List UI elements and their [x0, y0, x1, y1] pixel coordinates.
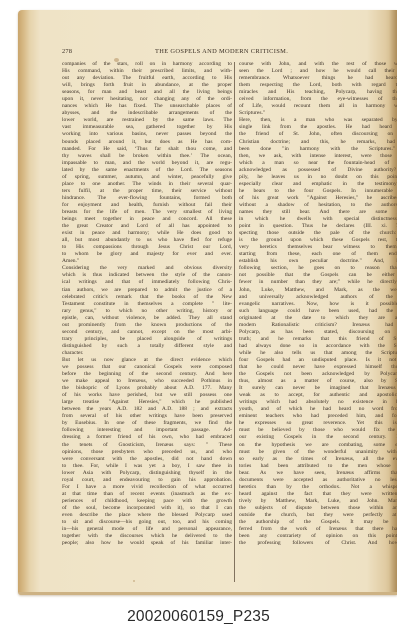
- text-line: so early as the times of Irenæus, all th…: [239, 456, 397, 463]
- text-line: that he could never have expressed himse…: [239, 364, 397, 371]
- text-line: It surely can never be imagined that Ire…: [239, 385, 397, 392]
- text-line: breasts for the life of men. The very sm…: [62, 209, 232, 216]
- text-line: thy waves shall be broken within thee.’ …: [62, 153, 232, 160]
- text-line: Here, then, is a man who was separated b…: [239, 117, 397, 124]
- text-line: which a man so near the fountain-head of…: [239, 160, 397, 167]
- text-line: originated at the date to which they are…: [239, 315, 397, 322]
- text-line: seasons, for man and beast and all the l…: [62, 89, 232, 96]
- text-line: the subjects of dispute between those wi…: [239, 505, 397, 512]
- text-line: epistle, can, without violence, be added…: [62, 315, 232, 322]
- text-line: exist in peace and harmony; while He doe…: [62, 230, 232, 237]
- paper-stain: [133, 580, 135, 582]
- text-line: been done "in harmony with the Scripture…: [239, 146, 397, 153]
- text-line: in which he dwells with special distinct…: [239, 216, 397, 223]
- text-line: But let us now glance at the direct evid…: [62, 357, 232, 364]
- text-line: the tenets of Gnosticism, Irenæus says: …: [62, 442, 232, 449]
- text-line: Polycarp, as has been stated, discoursin…: [239, 329, 397, 336]
- text-line: upon it, never hesitating, nor changing …: [62, 96, 232, 103]
- text-line: documents were accepted as authoritative…: [239, 477, 397, 484]
- text-line: miracles and His teaching, Polycarp, hav…: [239, 89, 397, 96]
- text-line: heard against the fact that they were wr…: [239, 491, 397, 498]
- left-text-column: companies of the stars, roll on in harmo…: [62, 61, 232, 547]
- text-line: Christian doctrine; and this, he remarks…: [239, 139, 397, 146]
- text-line: For I have a more vivid recollection of …: [62, 484, 232, 491]
- text-line: out prominently from the known productio…: [62, 322, 232, 329]
- text-line: dressing a former friend of his own, who…: [62, 434, 232, 441]
- text-line: large treatise "Against Heresies," which…: [62, 399, 232, 406]
- text-line: Amen.": [62, 258, 232, 265]
- text-line: them respecting the Lord, both with rega…: [239, 82, 397, 89]
- text-line: evangelic narratives. Now, how is it pos…: [239, 301, 397, 308]
- text-line: tively by Matthew, Mark, Luke, and John.…: [239, 498, 397, 505]
- text-line: of his works have perished, but we still…: [62, 392, 232, 399]
- page-number: 278: [62, 48, 72, 55]
- text-line: then, we ask, with intense interest, wer…: [239, 153, 397, 160]
- text-line: ters fulfil, at the proper time, their s…: [62, 188, 232, 195]
- text-line: from several of his other writings have …: [62, 413, 232, 420]
- text-line: tories had been attributed to the men wh…: [239, 463, 397, 470]
- text-line: to His compassions through Jesus Christ …: [62, 244, 232, 251]
- text-line: without a shadow of hesitation, to the a…: [239, 202, 397, 209]
- text-line: of Life, would recount them all in harmo…: [239, 103, 397, 110]
- text-line: nances which He has fixed. The unsearcha…: [62, 103, 232, 110]
- text-line: hindrance. The ever-flowing fountains, f…: [62, 195, 232, 202]
- text-line: following interesting and important pass…: [62, 427, 232, 434]
- text-line: by Eusebius. In one of these fragments, …: [62, 420, 232, 427]
- text-line: in—his general mode of life and personal…: [62, 526, 232, 533]
- page-gutter-shadow: [389, 10, 397, 595]
- text-line: of his great work "Against Heresies," he…: [239, 195, 397, 202]
- text-line: had always done so in accordance with th…: [239, 343, 397, 350]
- text-line: specting those outside the pale of the c…: [239, 230, 397, 237]
- text-line: writings which had absolutely no existen…: [239, 399, 397, 406]
- text-line: manded. For He said, ‘Thus far shalt tho…: [62, 146, 232, 153]
- text-line: to thee. For, while I was yet a boy, I s…: [62, 463, 232, 470]
- text-line: modern Rationalistic criticism? Irenæus …: [239, 322, 397, 329]
- running-head: 278 THE GOSPELS AND MODERN CRITICISM.: [62, 48, 397, 58]
- text-line: we make appeal to Irenæus, who succeeded…: [62, 378, 232, 385]
- text-line: establish his own peculiar doctrine." An…: [239, 258, 397, 265]
- text-line: His command, within their prescribed lim…: [62, 68, 232, 75]
- text-line: starting from these, each one of them en…: [239, 251, 397, 258]
- text-line: people; also how he would speak of his f…: [62, 540, 232, 547]
- text-line: tian authors, we are prepared to admit t…: [62, 287, 232, 294]
- text-line: vast immeasurable sea, gathered together…: [62, 124, 232, 131]
- text-line: lower world, are restrained by the same …: [62, 117, 232, 124]
- text-line: the professing followers of Christ. And …: [239, 540, 397, 547]
- text-line: and universally acknowledged authors of …: [239, 294, 397, 301]
- text-line: very heretics themselves bear witness to…: [239, 244, 397, 251]
- text-line: acknowledged as possessed of Divine auth…: [239, 167, 397, 174]
- text-line: such language could have been used, had …: [239, 308, 397, 315]
- text-line: opinions, those presbyters who preceded …: [62, 449, 232, 456]
- text-line: seen the Lord ; and how he would call th…: [239, 68, 397, 75]
- text-line: even describe the place where the blesse…: [62, 512, 232, 519]
- text-line: at that time than of recent events (inas…: [62, 491, 232, 498]
- text-line: the friend of St. John, often discoursin…: [239, 131, 397, 138]
- text-line: point in question. Thus he declares (III…: [239, 223, 397, 230]
- text-line: abysses, and the indescribable arrangeme…: [62, 110, 232, 117]
- text-line: lower Asia with Polycarp, distinguishing…: [62, 470, 232, 477]
- text-line: while he also tells us that among the Sc…: [239, 350, 397, 357]
- text-line: distinguished by such a totally differen…: [62, 343, 232, 350]
- text-line: companies of the stars, roll on in harmo…: [62, 61, 232, 68]
- text-line: bear. As we have seen, Irenæus affirms t…: [239, 470, 397, 477]
- text-line: Scriptures.": [239, 110, 397, 117]
- text-line: course with John, and with the rest of t…: [239, 61, 397, 68]
- text-line: especially clear and emphatic in the tes…: [239, 181, 397, 188]
- text-line: the bishopric of Lyons probably about A.…: [62, 385, 232, 392]
- text-line: eminent teachers who had preceded him, a…: [239, 413, 397, 420]
- text-line: of the soul, become incorporated with it…: [62, 505, 232, 512]
- text-line: is the ground upon which these Gospels r…: [239, 237, 397, 244]
- text-line: of spring, summer, autumn, and winter, p…: [62, 174, 232, 181]
- text-line: weak as to accept, for authentic and apo…: [239, 392, 397, 399]
- text-line: on the hypothesis we are combating, some…: [239, 442, 397, 449]
- text-line: bounds placed around it, but does as He …: [62, 139, 232, 146]
- text-line: John, Luke, Matthew, and Mark, as the we…: [239, 287, 397, 294]
- scanned-book-page: 278 THE GOSPELS AND MODERN CRITICISM. co…: [18, 10, 397, 595]
- text-line: ferred from the work of Irenæus that the…: [239, 526, 397, 533]
- text-line: celebrated critic's remark that the book…: [62, 294, 232, 301]
- column-divider: [234, 62, 235, 582]
- text-line: second century, and cannot, except on th…: [62, 329, 232, 336]
- text-line: working into various basins, never passe…: [62, 131, 232, 138]
- text-line: our existing Gospels in the second centu…: [239, 434, 397, 441]
- text-line: we possess that our canonical Gospels we…: [62, 364, 232, 371]
- text-line: trary principles, be placed alongside of…: [62, 336, 232, 343]
- text-line: truth; and he remarks that this friend o…: [239, 336, 397, 343]
- text-line: the authorship of the Gospels. It may be…: [239, 519, 397, 526]
- text-line: been any contrariety of opinion on this …: [239, 533, 397, 540]
- text-line: he bears to the four Gospels. In innumer…: [239, 188, 397, 195]
- text-line: the great Creator and Lord of all has ap…: [62, 223, 232, 230]
- text-line: fewer in number than they are;" while he…: [239, 279, 397, 286]
- text-line: names they still bear. And there are som…: [239, 209, 397, 216]
- text-line: impassable to man, and the world beyond …: [62, 160, 232, 167]
- text-line: before the beginning of the second centu…: [62, 371, 232, 378]
- image-caption: 20020060159_P235: [0, 608, 397, 626]
- text-line: for enjoyment and health, furnish withou…: [62, 202, 232, 209]
- text-line: together with the discourses which he de…: [62, 533, 232, 540]
- text-line: periences of childhood, keeping pace wit…: [62, 498, 232, 505]
- text-line: out any deviation. The fruitful earth, a…: [62, 75, 232, 82]
- text-line: heretics than by the orthodox. Not a whi…: [239, 484, 397, 491]
- text-line: youth, and of which he had heard no word…: [239, 406, 397, 413]
- text-line: four Gospels had an undisputed place. Is…: [239, 357, 397, 364]
- text-line: lated by the same enactments of the Lord…: [62, 167, 232, 174]
- text-line: to whom be glory and majesty for ever an…: [62, 251, 232, 258]
- text-line: remembrance. Whatsoever things he had he…: [239, 75, 397, 82]
- text-line: he expresses so great reverence. Yet thi…: [239, 420, 397, 427]
- text-line: to sit and discourse—his going out, too,…: [62, 519, 232, 526]
- text-line: not possible that the Gospels can be eit…: [239, 272, 397, 279]
- text-line: beings meet together in peace and concor…: [62, 216, 232, 223]
- text-line: all, but most abundantly to us who have …: [62, 237, 232, 244]
- text-line: single link from the apostles. He had he…: [239, 124, 397, 131]
- text-line: pily, he leaves us in no doubt on this p…: [239, 174, 397, 181]
- text-line: were conversant with the apostles, did n…: [62, 456, 232, 463]
- text-line: ical writings and that of immediately fo…: [62, 279, 232, 286]
- text-line: thus, almost as a matter of course, also…: [239, 378, 397, 385]
- text-line: between the years A.D. 182 and A.D. 188 …: [62, 406, 232, 413]
- text-line: outside the church, but they were perfec…: [239, 512, 397, 519]
- text-line: Considering the very marked and obvious …: [62, 265, 232, 272]
- running-head-title: THE GOSPELS AND MODERN CRITICISM.: [155, 48, 288, 55]
- right-text-column: course with John, and with the rest of t…: [239, 61, 397, 547]
- text-line: Testament constitute in themselves a com…: [62, 301, 232, 308]
- text-line: royal court, and endeavouring to gain hi…: [62, 477, 232, 484]
- text-line: place to one another. The winds in their…: [62, 181, 232, 188]
- text-line: character.: [62, 350, 232, 357]
- text-line: must be believed by those who would fix …: [239, 427, 397, 434]
- text-line: will, brings forth fruit in abundance, a…: [62, 82, 232, 89]
- text-line: the Gospels not been acknowledged by Pol…: [239, 371, 397, 378]
- text-line: ceived information, from the eye-witness…: [239, 96, 397, 103]
- text-line: must be given of the wonderful unanimity…: [239, 449, 397, 456]
- text-line: rary genus," to which no other writing, …: [62, 308, 232, 315]
- text-line: following section, he goes on to reason …: [239, 265, 397, 272]
- page-bottom-edge: [18, 592, 397, 595]
- text-line: which is thus indicated between the styl…: [62, 272, 232, 279]
